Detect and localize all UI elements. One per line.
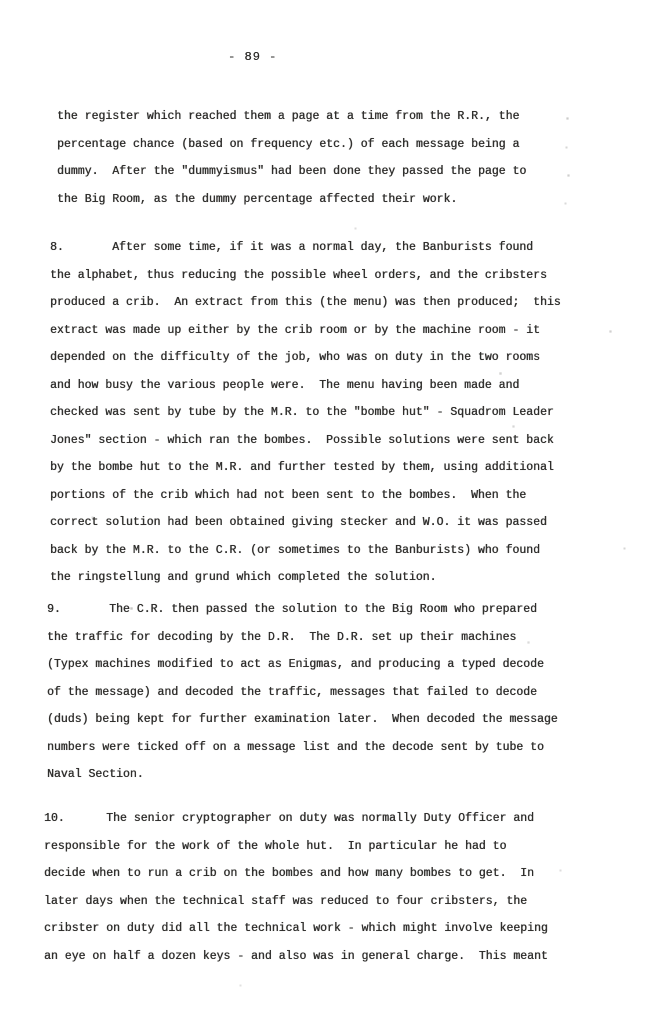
scan-noise-specks: [0, 0, 1, 1]
paragraph-9: 9. The C.R. then passed the solution to …: [47, 596, 558, 789]
page-number: - 89 -: [228, 50, 277, 64]
paragraph-8: 8. After some time, if it was a normal d…: [50, 234, 561, 592]
paragraph-continuation: the register which reached them a page a…: [57, 103, 526, 213]
paragraph-10: 10. The senior cryptographer on duty was…: [44, 805, 548, 970]
scanned-document-page: - 89 - the register which reached them a…: [0, 0, 650, 1020]
